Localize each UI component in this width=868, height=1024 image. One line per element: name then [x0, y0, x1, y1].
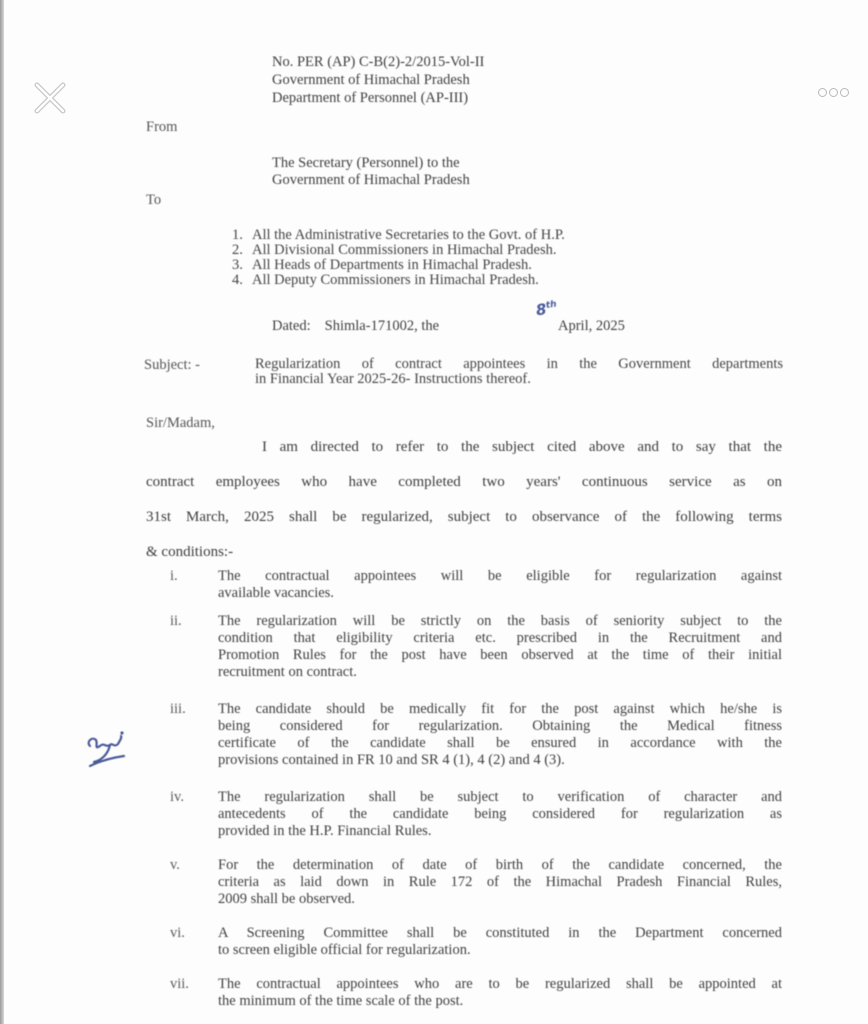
body-line: contract employees who have completed tw… [146, 465, 782, 500]
more-options-icon [840, 88, 849, 97]
condition-line: available vacancies. [218, 585, 782, 602]
dated-label: Dated: [272, 318, 311, 334]
condition-line: The regularization will be strictly on t… [218, 613, 782, 630]
condition-text: The contractual appointees will be eligi… [218, 568, 782, 602]
subject-label: Subject: - [144, 357, 200, 374]
condition-line: Promotion Rules for the post have been o… [218, 647, 782, 664]
condition-text: For the determination of date of birth o… [218, 857, 782, 908]
condition-line: provided in the H.P. Financial Rules. [218, 823, 782, 840]
addressee-item: 3.All Heads of Departments in Himachal P… [232, 258, 565, 273]
department-name: Department of Personnel (AP-III) [272, 90, 468, 107]
subject-line-2: in Financial Year 2025-26- Instructions … [255, 371, 531, 387]
condition-number: vi. [170, 925, 185, 942]
addressee-item: 2.All Divisional Commissioners in Himach… [232, 243, 565, 258]
addressee-text: All Heads of Departments in Himachal Pra… [252, 257, 532, 273]
addressee-text: All Divisional Commissioners in Himachal… [252, 242, 556, 258]
from-line-2: Government of Himachal Pradesh [272, 172, 470, 189]
condition-text: The regularization will be strictly on t… [218, 613, 782, 681]
condition-line: provisions contained in FR 10 and SR 4 (… [218, 752, 782, 769]
to-label: To [146, 192, 161, 209]
condition-line: For the determination of date of birth o… [218, 857, 782, 874]
addressee-list: 1.All the Administrative Secretaries to … [232, 228, 565, 288]
from-line-1: The Secretary (Personnel) to the [272, 155, 460, 172]
subject-line-1: Regularization of contract appointees in… [255, 357, 783, 372]
condition-line: 2009 shall be observed. [218, 891, 782, 908]
dated-line: Dated:Shimla-171002, the [272, 318, 439, 335]
condition-number: iv. [170, 789, 184, 806]
condition-number: iii. [170, 701, 186, 718]
condition-line: antecedents of the candidate being consi… [218, 806, 782, 823]
letter-number: No. PER (AP) C-B(2)-2/2015-Vol-II [272, 54, 484, 71]
condition-text: The contractual appointees who are to be… [218, 976, 782, 1010]
dated-month-year: April, 2025 [558, 318, 625, 335]
condition-number: i. [170, 568, 178, 585]
condition-line: The contractual appointees who are to be… [218, 976, 782, 993]
dated-place: Shimla-171002, the [325, 318, 439, 334]
more-options-icon [818, 88, 827, 97]
addressee-text: All the Administrative Secretaries to th… [252, 227, 565, 243]
condition-line: The candidate should be medically fit fo… [218, 701, 782, 718]
subject-text: Regularization of contract appointees in… [255, 357, 783, 387]
condition-line: criteria as laid down in Rule 172 of the… [218, 874, 782, 891]
body-paragraph: I am directed to refer to the subject ci… [146, 430, 782, 570]
condition-line: the minimum of the time scale of the pos… [218, 993, 782, 1010]
close-x-icon [30, 78, 70, 118]
handwritten-initials [84, 728, 134, 772]
addressee-number: 3. [232, 258, 252, 273]
condition-number: vii. [170, 976, 189, 993]
document-page: No. PER (AP) C-B(2)-2/2015-Vol-II Govern… [0, 0, 868, 1024]
condition-line: being considered for regularization. Obt… [218, 718, 782, 735]
body-line: 31st March, 2025 shall be regularized, s… [146, 500, 782, 535]
condition-text: A Screening Committee shall be constitut… [218, 925, 782, 959]
government-name: Government of Himachal Pradesh [272, 72, 470, 89]
condition-number: v. [170, 857, 180, 874]
more-options-icon [829, 88, 838, 97]
condition-line: to screen eligible official for regulari… [218, 942, 782, 959]
addressee-item: 4.All Deputy Commissioners in Himachal P… [232, 273, 565, 288]
body-line: & conditions:- [146, 535, 782, 570]
close-button[interactable] [30, 78, 70, 118]
condition-line: certificate of the candidate shall be en… [218, 735, 782, 752]
condition-line: The regularization shall be subject to v… [218, 789, 782, 806]
condition-text: The candidate should be medically fit fo… [218, 701, 782, 769]
condition-number: ii. [170, 613, 182, 630]
addressee-number: 2. [232, 243, 252, 258]
handwritten-date: 8th [535, 299, 558, 320]
condition-line: condition that eligibility criteria etc.… [218, 630, 782, 647]
addressee-number: 1. [232, 228, 252, 243]
condition-text: The regularization shall be subject to v… [218, 789, 782, 840]
more-options-button[interactable] [818, 88, 849, 97]
body-line: I am directed to refer to the subject ci… [146, 430, 782, 465]
addressee-text: All Deputy Commissioners in Himachal Pra… [252, 272, 539, 288]
addressee-number: 4. [232, 273, 252, 288]
addressee-item: 1.All the Administrative Secretaries to … [232, 228, 565, 243]
condition-line: recruitment on contract. [218, 664, 782, 681]
from-label: From [146, 119, 177, 136]
condition-line: A Screening Committee shall be constitut… [218, 925, 782, 942]
condition-line: The contractual appointees will be eligi… [218, 568, 782, 585]
